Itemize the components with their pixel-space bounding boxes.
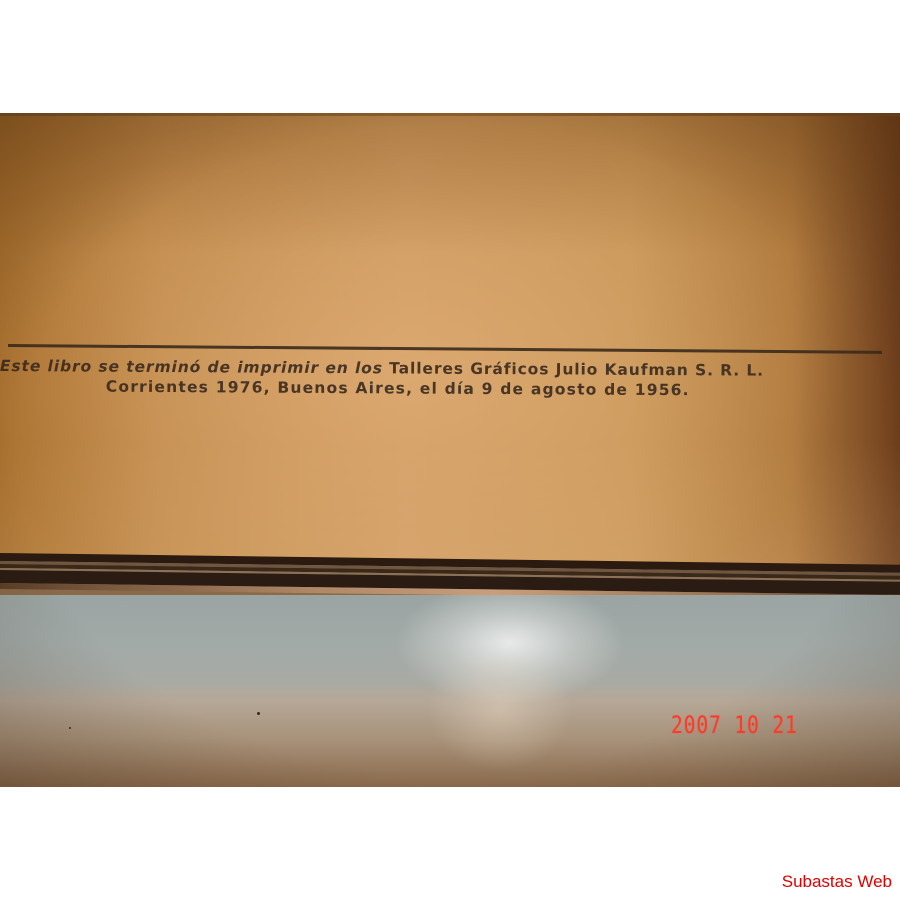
dust-speck	[69, 727, 71, 729]
colophon-line-1-prefix: Este libro se terminó de imprimir en los	[0, 357, 389, 377]
colophon-text: Este libro se terminó de imprimir en los…	[0, 357, 900, 362]
table-surface	[0, 595, 900, 787]
colophon-line-1: Este libro se terminó de imprimir en los…	[0, 357, 764, 380]
dust-speck	[257, 712, 260, 715]
book-page: Este libro se terminó de imprimir en los…	[0, 113, 900, 583]
camera-date-stamp: 2007 10 21	[671, 711, 798, 739]
page-top-edge	[0, 113, 900, 116]
watermark: Subastas Web	[782, 872, 892, 892]
book-photo: Este libro se terminó de imprimir en los…	[0, 113, 900, 787]
horizontal-rule	[8, 344, 882, 354]
colophon-line-1-printer: Talleres Gráficos Julio Kaufman S. R. L.	[389, 359, 764, 379]
colophon-line-2: Corrientes 1976, Buenos Aires, el día 9 …	[106, 378, 690, 400]
